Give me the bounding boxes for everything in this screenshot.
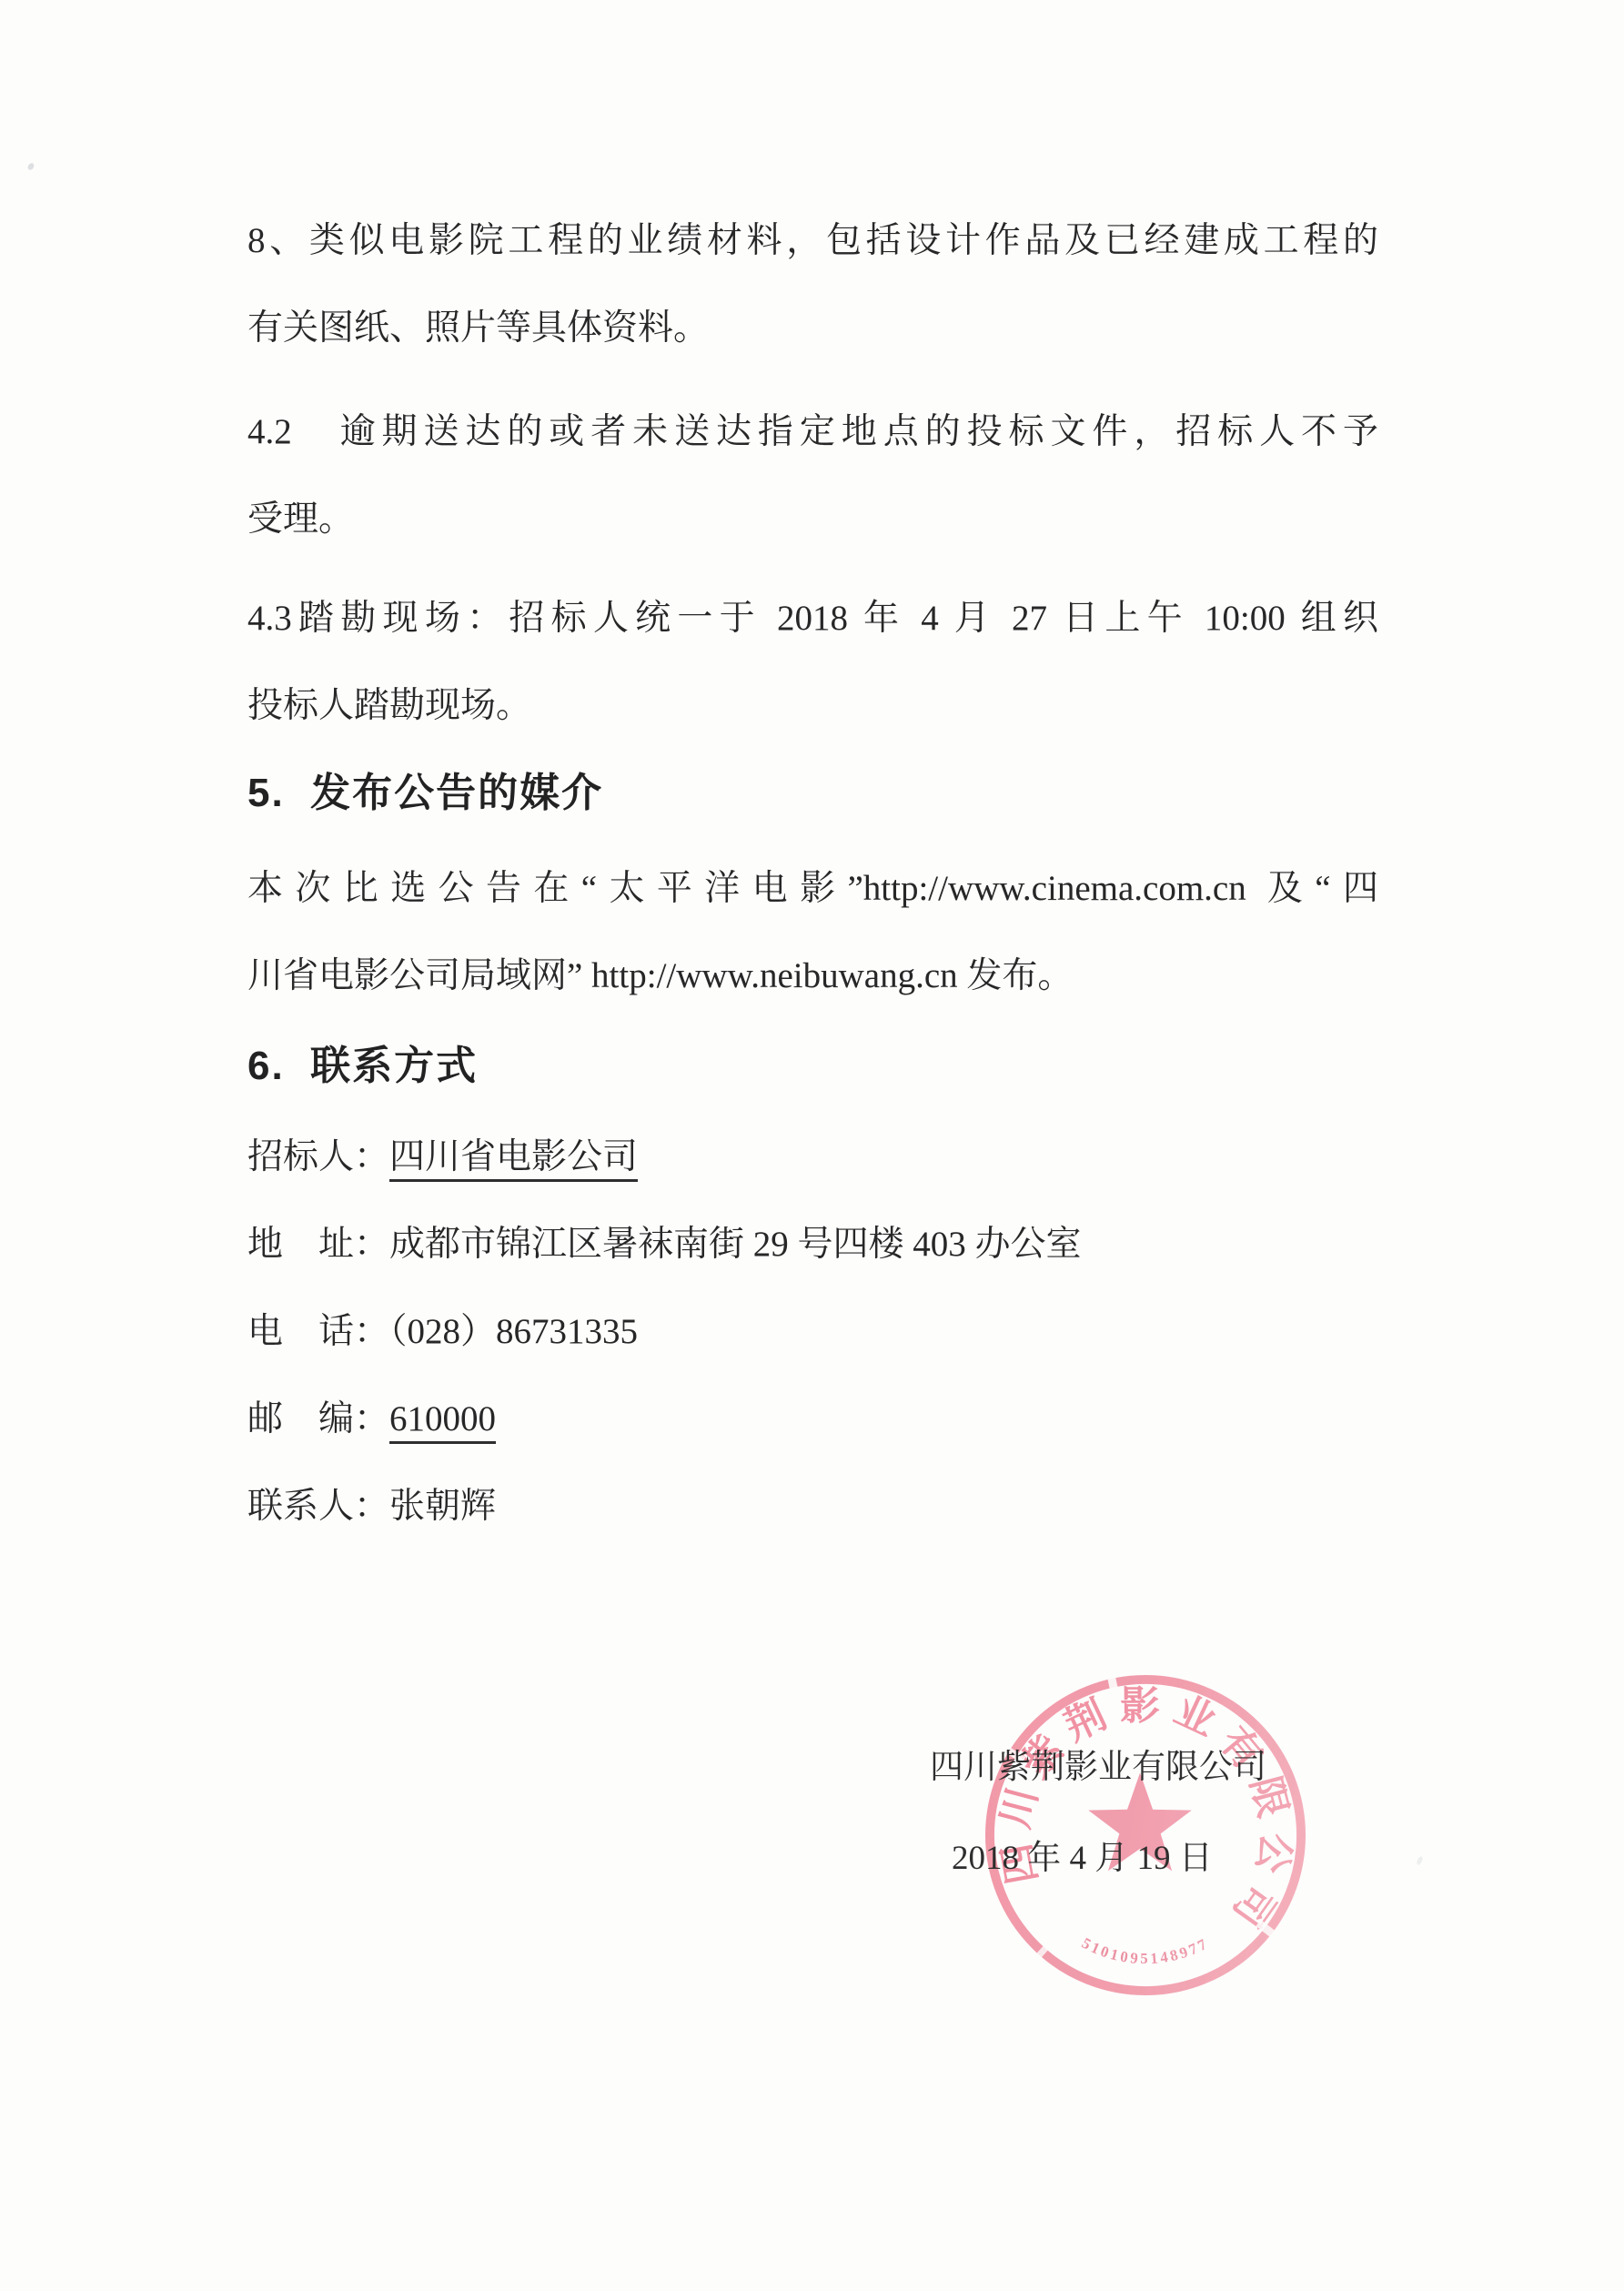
- section-heading-media: 5. 发布公告的媒介: [247, 750, 1378, 837]
- paragraph-line: 有关图纸、照片等具体资料。: [247, 285, 1378, 372]
- scan-artifact: [1416, 1855, 1424, 1865]
- company-seal: 四川紫荆影业有限公司 5101095148977: [983, 1672, 1308, 1998]
- contact-value-underlined: 四川省电影公司: [389, 1137, 638, 1182]
- contact-label: 地 址：: [247, 1225, 389, 1264]
- contact-value: 成都市锦江区暑袜南街 29 号四楼 403 办公室: [389, 1225, 1082, 1264]
- contact-line-phone: 电 话：（028）86731335: [247, 1288, 1378, 1376]
- contact-label: 邮 编：: [247, 1399, 389, 1438]
- paragraph-line: 本次比选公告在“太平洋电影”http://www.cinema.com.cn 及…: [247, 845, 1378, 933]
- contact-line-person: 联系人：张朝辉: [247, 1463, 1378, 1550]
- document-body: 8、类似电影院工程的业绩材料，包括设计作品及已经建成工程的 有关图纸、照片等具体…: [247, 197, 1378, 1550]
- seal-serial-number: 5101095148977: [1079, 1934, 1212, 1967]
- contact-value-underlined: 610000: [389, 1399, 496, 1444]
- contact-label: 电 话：: [247, 1312, 389, 1351]
- contact-value: （028）86731335: [389, 1312, 638, 1351]
- paragraph-line: 受理。: [247, 476, 1378, 563]
- scanned-document-page: 8、类似电影院工程的业绩材料，包括设计作品及已经建成工程的 有关图纸、照片等具体…: [0, 0, 1624, 2291]
- scan-artifact: [26, 162, 35, 171]
- paragraph-line: 4.2 逾期送达的或者未送达指定地点的投标文件，招标人不予: [247, 389, 1378, 476]
- contact-line-address: 地 址：成都市锦江区暑袜南街 29 号四楼 403 办公室: [247, 1201, 1378, 1288]
- paragraph-line: 川省电影公司局域网” http://www.neibuwang.cn 发布。: [247, 933, 1378, 1020]
- contact-label: 招标人：: [247, 1137, 389, 1176]
- contact-line-postcode: 邮 编：610000: [247, 1376, 1378, 1463]
- svg-text:5101095148977: 5101095148977: [1079, 1934, 1212, 1967]
- contact-label: 联系人：: [247, 1487, 389, 1526]
- signature-date: 2018 年 4 月 19 日: [952, 1839, 1213, 1879]
- contact-value: 张朝辉: [389, 1487, 496, 1526]
- contact-line-bidder: 招标人：四川省电影公司: [247, 1114, 1378, 1201]
- paragraph-line: 4.3踏勘现场：招标人统一于 2018 年 4 月 27 日上午 10:00 组…: [247, 575, 1378, 662]
- section-heading-contact: 6. 联系方式: [247, 1023, 1378, 1110]
- paragraph-line: 投标人踏勘现场。: [247, 662, 1378, 750]
- paragraph-line: 8、类似电影院工程的业绩材料，包括设计作品及已经建成工程的: [247, 197, 1378, 285]
- signature-company-name: 四川紫荆影业有限公司: [930, 1748, 1266, 1788]
